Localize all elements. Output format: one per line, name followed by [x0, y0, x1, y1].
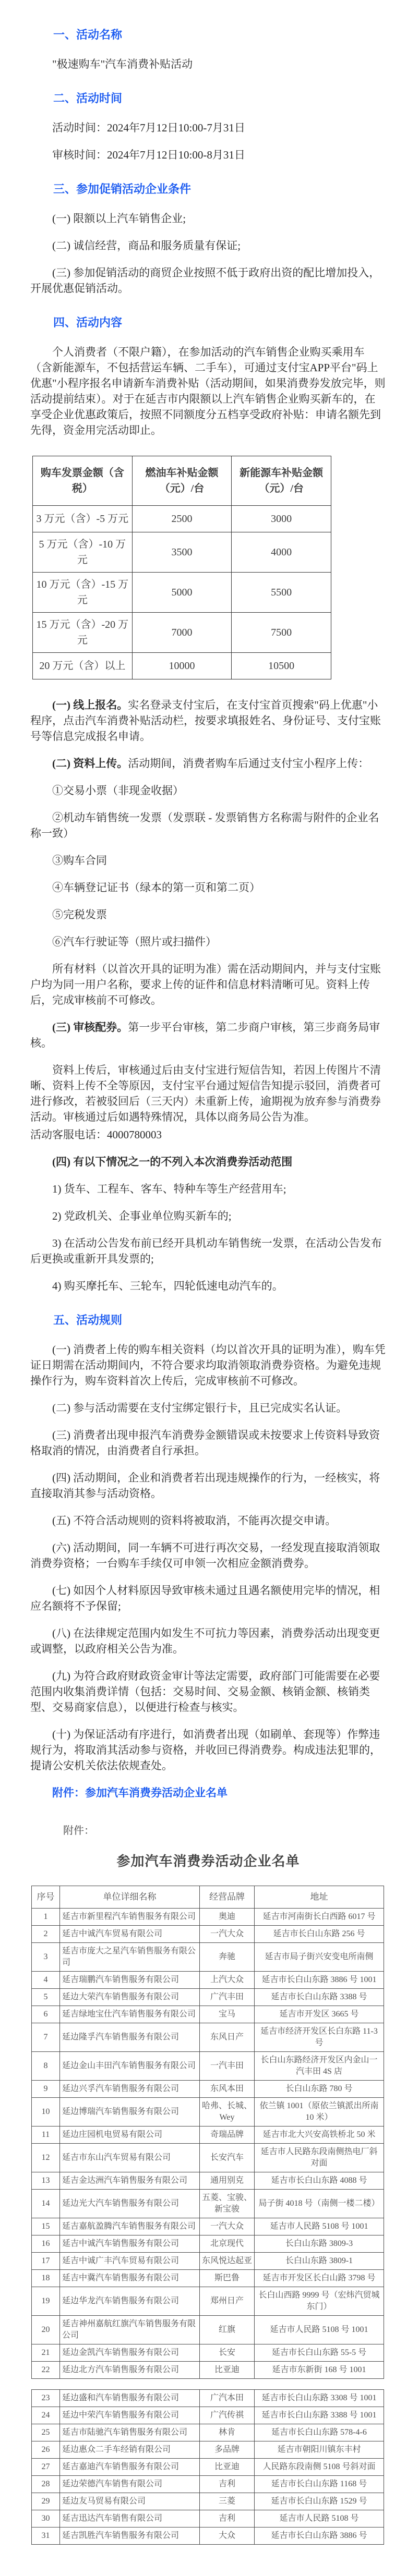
activity-rule-item: (七) 如因个人材料原因导致审核未通过且遇名额使用完毕的情况，相应名额将不予保留…	[30, 1583, 386, 1614]
enterprise-cell-serial: 20	[32, 2316, 60, 2344]
subsidy-amount-table: 购车发票金额（含税） 燃油车补贴金额（元）/台 新能源车补贴金额（元）/台 3 …	[32, 456, 331, 679]
enterprise-cell-serial: 21	[32, 2344, 60, 2362]
enterprise-cell-brand: 多品牌	[200, 2441, 255, 2459]
enterprise-cell-serial: 8	[32, 2052, 60, 2081]
condition-item: (二) 诚信经营，商品和服务质量有保证;	[30, 238, 386, 253]
enterprise-cell-serial: 24	[32, 2407, 60, 2424]
enterprise-cell-brand: 奥迪	[200, 1909, 255, 1926]
enterprise-cell-address: 延吉市长白山东路 4088 号	[255, 2172, 384, 2190]
enterprise-row: 18 延吉中冀汽车销售服务有限公司 斯巴鲁 延吉市开发区长白山路 3798 号	[32, 2270, 384, 2287]
enterprise-row: 25 延吉市陆驰汽车销售服务有限公司 林肯 延吉市长白山东路 578-4-6	[32, 2424, 384, 2441]
enterprise-cell-brand: 东风日产	[200, 2023, 255, 2052]
subsidy-cell-range: 3 万元（含）-5 万元	[33, 506, 133, 532]
subsidy-cell-nev: 10500	[232, 653, 331, 679]
enterprise-cell-company: 延吉嘉航盈腾汽车销售服务有限公司	[60, 2218, 200, 2235]
enterprise-cell-serial: 15	[32, 2218, 60, 2235]
enterprise-cell-serial: 16	[32, 2235, 60, 2253]
enterprise-cell-address: 延吉市长白山东路 1529 号	[255, 2493, 384, 2510]
enterprise-cell-brand: 比亚迪	[200, 2459, 255, 2476]
subsidy-row: 20 万元（含）以上 10000 10500	[33, 653, 331, 679]
enterprise-cell-serial: 17	[32, 2253, 60, 2270]
enterprise-row: 5 延边大荣汽车销售服务有限公司 广汽丰田 延吉市长白山东路 3388 号	[32, 1989, 384, 2006]
enterprise-row: 19 延边华龙汽车销售服务有限公司 郑州日产 长白山西路 9999 号（宏炜汽贸…	[32, 2287, 384, 2316]
enterprise-row: 27 延吉嘉迪汽车销售服务有限公司 比亚迪 人民路东段南侧 5108 号斜对面	[32, 2459, 384, 2476]
enterprise-cell-company: 延边大荣汽车销售服务有限公司	[60, 1989, 200, 2006]
enterprise-row: 3 延吉市庞大之星汽车销售服务有限公司 奔驰 延吉市局子街兴安变电所南侧	[32, 1943, 384, 1972]
enterprise-cell-address: 延吉市长白山东路 3886 号	[255, 2528, 384, 2545]
enterprise-cell-serial: 28	[32, 2476, 60, 2493]
enterprise-cell-company: 延吉瑞鹏汽车销售服务有限公司	[60, 1972, 200, 1989]
step-review-voucher: (三) 审核配券。第一步平台审核，第二步商户审核，第三步商务局审核。	[30, 1019, 386, 1051]
enterprise-row: 20 延吉神州嘉航红旗汽车销售服务有限公司 红旗 延吉市人民路 5108 号 1…	[32, 2316, 384, 2344]
enterprise-cell-serial: 10	[32, 2098, 60, 2127]
subsidy-cell-range: 5 万元（含）-10 万元	[33, 532, 133, 573]
enterprise-cell-brand: 广汽丰田	[200, 1989, 255, 2006]
upload-material-list: ①交易小票（非现金收据） ②机动车销售统一发票（发票联 - 发票销售方名称需与附…	[30, 783, 386, 950]
enterprise-cell-brand: 广汽本田	[200, 2390, 255, 2407]
enterprise-cell-serial: 22	[32, 2362, 60, 2379]
step-online-signup: (一) 线上报名。实名登录支付宝后，在支付宝首页搜索"码上优惠"小程序，点击汽车…	[30, 697, 386, 744]
subsidy-col-fuel-subsidy: 燃油车补贴金额（元）/台	[132, 456, 232, 506]
enterprise-cell-brand: 一汽丰田	[200, 2052, 255, 2081]
excluded-scope-title: (四) 有以下情况之一的不列入本次消费券活动范围	[30, 1154, 386, 1170]
enterprise-row: 30 延吉迅达汽车销售有限公司 吉利 延吉市人民路 5108 号	[32, 2510, 384, 2528]
upload-material-item: ⑥汽车行驶证等（照片或扫描件）	[30, 934, 386, 950]
enterprise-cell-company: 延边友马贸易有限公司	[60, 2493, 200, 2510]
enterprise-row: 23 延边盛和汽车销售服务有限公司 广汽本田 延吉市长白山东路 3308 号 1…	[32, 2390, 384, 2407]
enterprise-row: 22 延边北方汽车销售服务有限公司 比亚迪 延吉市东新街 168 号 1001	[32, 2362, 384, 2379]
step-material-upload-lead: (二) 资料上传。	[52, 757, 128, 770]
materials-note: 所有材料（以首次开具的证明为准）需在活动期间内，并与支付宝账户均为同一用户名称，…	[30, 961, 386, 1008]
enterprise-cell-company: 延吉市庞大之星汽车销售服务有限公司	[60, 1943, 200, 1972]
enterprise-cell-serial: 4	[32, 1972, 60, 1989]
enterprise-cell-brand: 通用别克	[200, 2172, 255, 2190]
activity-name-text: "极速购车"汽车消费补贴活动	[30, 56, 386, 72]
section-heading-activity-time: 二、活动时间	[30, 91, 386, 106]
enterprise-list-table-continued: 23 延边盛和汽车销售服务有限公司 广汽本田 延吉市长白山东路 3308 号 1…	[31, 2389, 384, 2545]
enterprise-cell-company: 延吉中诚汽车销售服务有限公司	[60, 2235, 200, 2253]
enterprise-cell-address: 延吉市长白山东路 1168 号	[255, 2476, 384, 2493]
enterprise-cell-serial: 25	[32, 2424, 60, 2441]
enterprise-row: 4 延吉瑞鹏汽车销售服务有限公司 上汽大众 延吉市长白山东路 3886 号 10…	[32, 1972, 384, 1989]
enterprise-cell-company: 延边中荣汽车销售服务有限公司	[60, 2407, 200, 2424]
enterprise-row: 10 延边博瑞汽车销售服务有限公司 哈弗、长城、Wey 依兰镇 1001（原依兰…	[32, 2098, 384, 2127]
enterprise-cell-company: 延边博瑞汽车销售服务有限公司	[60, 2098, 200, 2127]
subsidy-cell-fuel: 10000	[132, 653, 232, 679]
enterprise-cell-address: 延吉市北大兴安高铁桥北 50 米	[255, 2127, 384, 2144]
enterprise-col-address: 地址	[255, 1886, 384, 1909]
upload-material-item: ②机动车销售统一发票（发票联 - 发票销售方名称需与附件的企业名称一致）	[30, 810, 386, 841]
enterprise-cell-company: 延边隆孚汽车销售服务有限公司	[60, 2023, 200, 2052]
enterprise-cell-serial: 29	[32, 2493, 60, 2510]
attachment-image: 附件： 参加汽车消费券活动企业名单 序号 单位详细名称 经营品牌 地址 1 延吉…	[31, 1822, 385, 2545]
enterprise-cell-brand: 东风悦达起亚	[200, 2253, 255, 2270]
enterprise-cell-brand: 比亚迪	[200, 2362, 255, 2379]
enterprise-row: 7 延边隆孚汽车销售服务有限公司 东风日产 延吉市经济开发区长白东路 11-3 …	[32, 2023, 384, 2052]
enterprise-cell-company: 延边荣德汽车销售有限公司	[60, 2476, 200, 2493]
enterprise-row: 14 延边光大汽车销售服务有限公司 五菱、宝骏、新宝骏 局子街 4018 号（南…	[32, 2190, 384, 2218]
upload-material-item: ⑤完税发票	[30, 907, 386, 922]
enterprise-cell-address: 长白山东路 3809-1	[255, 2253, 384, 2270]
enterprise-cell-serial: 23	[32, 2390, 60, 2407]
enterprise-cell-company: 延吉中诚广丰汽车贸易有限公司	[60, 2253, 200, 2270]
enterprise-row: 17 延吉中诚广丰汽车贸易有限公司 东风悦达起亚 长白山东路 3809-1	[32, 2253, 384, 2270]
enterprise-header-row: 序号 单位详细名称 经营品牌 地址	[32, 1886, 384, 1909]
enterprise-cell-serial: 1	[32, 1909, 60, 1926]
activity-rule-item: (三) 消费者出现申报汽车消费券金额错误或未按要求上传资料导致资格取消的情况，由…	[30, 1427, 386, 1459]
review-note: 资料上传后，审核通过后由支付宝进行短信告知，若因上传图片不清晰、资料上传不全等原…	[30, 1062, 386, 1125]
section-heading-enterprise-conditions: 三、参加促销活动企业条件	[30, 181, 386, 197]
enterprise-cell-serial: 7	[32, 2023, 60, 2052]
enterprise-cell-brand: 五菱、宝骏、新宝骏	[200, 2190, 255, 2218]
enterprise-cell-address: 长白山东路 780 号	[255, 2081, 384, 2098]
enterprise-cell-company: 延边北方汽车销售服务有限公司	[60, 2362, 200, 2379]
enterprise-col-brand: 经营品牌	[200, 1886, 255, 1909]
upload-material-item: ④车辆登记证书（绿本的第一页和第二页）	[30, 880, 386, 895]
activity-time-text: 活动时间：2024年7月12日10:00-7月31日	[30, 120, 386, 136]
section-heading-activity-name: 一、活动名称	[30, 27, 386, 43]
enterprise-cell-brand: 林肯	[200, 2424, 255, 2441]
enterprise-cell-address: 长白山东路经济开发区内金山一汽丰田 4S 店	[255, 2052, 384, 2081]
enterprise-cell-address: 延吉市人民路 5108 号	[255, 2510, 384, 2528]
enterprise-row: 31 延吉凯胜汽车销售服务有限公司 大众 延吉市长白山东路 3886 号	[32, 2528, 384, 2545]
enterprise-cell-brand: 大众	[200, 2528, 255, 2545]
enterprise-row: 12 延吉市东山汽车贸易有限公司 长安汽车 延吉市人民路东段南侧热电厂斜对面	[32, 2144, 384, 2172]
enterprise-cell-serial: 14	[32, 2190, 60, 2218]
activity-rule-item: (八) 在法律规定范围内如发生不可抗力等因素，消费券活动出现变更或调整，以政府相…	[30, 1625, 386, 1657]
enterprise-row: 11 延边庄园机电贸易有限公司 奇瑞品牌 延吉市北大兴安高铁桥北 50 米	[32, 2127, 384, 2144]
enterprise-cell-serial: 19	[32, 2287, 60, 2316]
step-review-voucher-lead: (三) 审核配券。	[52, 1021, 128, 1034]
enterprise-cell-brand: 上汽大众	[200, 1972, 255, 1989]
enterprise-conditions-list: (一) 限额以上汽车销售企业; (二) 诚信经营，商品和服务质量有保证; (三)…	[30, 211, 386, 296]
enterprise-cell-brand: 吉利	[200, 2510, 255, 2528]
upload-material-item: ③购车合同	[30, 853, 386, 868]
enterprise-cell-brand: 奔驰	[200, 1943, 255, 1972]
enterprise-cell-address: 延吉市局子街兴安变电所南侧	[255, 1943, 384, 1972]
enterprise-cell-company: 延吉凯胜汽车销售服务有限公司	[60, 2528, 200, 2545]
excluded-scope-item: 4) 购买摩托车、三轮车，四轮低速电动汽车的。	[30, 1278, 386, 1294]
enterprise-cell-company: 延吉市新里程汽车销售服务有限公司	[60, 1909, 200, 1926]
step-material-upload: (二) 资料上传。活动期间，消费者购车后通过支付宝小程序上传：	[30, 756, 386, 771]
enterprise-list-table: 序号 单位详细名称 经营品牌 地址 1 延吉市新里程汽车销售服务有限公司 奥迪 …	[31, 1886, 384, 2379]
enterprise-row: 6 延吉绿地宝仕汽车销售服务有限公司 宝马 延吉市开发区 3665 号	[32, 2006, 384, 2023]
enterprise-cell-company: 延吉中冀汽车销售服务有限公司	[60, 2270, 200, 2287]
enterprise-cell-company: 延边华龙汽车销售服务有限公司	[60, 2287, 200, 2316]
section-heading-activity-content: 四、活动内容	[30, 315, 386, 331]
enterprise-cell-company: 延吉绿地宝仕汽车销售服务有限公司	[60, 2006, 200, 2023]
activity-rule-item: (六) 活动期间，同一车辆不可进行再次交易，一经发现直接取消领取消费券资格；一台…	[30, 1540, 386, 1571]
condition-item: (三) 参加促销活动的商贸企业按照不低于政府出资的配比增加投入，开展优惠促销活动…	[30, 265, 386, 296]
enterprise-cell-brand: 东风本田	[200, 2081, 255, 2098]
subsidy-cell-nev: 5500	[232, 573, 331, 613]
enterprise-cell-serial: 31	[32, 2528, 60, 2545]
enterprise-cell-address: 延吉市长白山东路 578-4-6	[255, 2424, 384, 2441]
enterprise-cell-address: 人民路东段南侧 5108 号斜对面	[255, 2459, 384, 2476]
enterprise-cell-serial: 3	[32, 1943, 60, 1972]
activity-rule-item: (四) 活动期间，企业和消费者若出现违规操作的行为，一经核实，将直接取消其参与活…	[30, 1470, 386, 1501]
subsidy-cell-fuel: 7000	[132, 613, 232, 653]
activity-rule-item: (五) 不符合活动规则的资料将被取消，不能再次提交申请。	[30, 1513, 386, 1528]
enterprise-cell-address: 延吉市人民路东段南侧热电厂斜对面	[255, 2144, 384, 2172]
attachment-link[interactable]: 附件：参加汽车消费券活动企业名单	[30, 1785, 386, 1801]
enterprise-row: 24 延边中荣汽车销售服务有限公司 广汽传祺 延吉市长白山东路 3388 号 1…	[32, 2407, 384, 2424]
enterprise-cell-address: 长白山东路 3809-3	[255, 2235, 384, 2253]
section-heading-activity-rules: 五、活动规则	[30, 1313, 386, 1328]
enterprise-cell-serial: 18	[32, 2270, 60, 2287]
enterprise-col-company: 单位详细名称	[60, 1886, 200, 1909]
enterprise-row: 29 延边友马贸易有限公司 三菱 延吉市长白山东路 1529 号	[32, 2493, 384, 2510]
enterprise-cell-address: 延吉市长白山东路 256 号	[255, 1926, 384, 1943]
attachment-link-text[interactable]: 附件：参加汽车消费券活动企业名单	[52, 1787, 228, 1799]
excluded-scope-item: 2) 党政机关、企事业单位购买新车的;	[30, 1208, 386, 1224]
activity-rule-item: (九) 为符合政府财政资金审计等法定需要，政府部门可能需要在必要范围内收集消费详…	[30, 1668, 386, 1715]
subsidy-row: 15 万元（含）-20 万元 7000 7500	[33, 613, 331, 653]
enterprise-cell-brand: 奇瑞品牌	[200, 2127, 255, 2144]
subsidy-row: 3 万元（含）-5 万元 2500 3000	[33, 506, 331, 532]
enterprise-cell-brand: 吉利	[200, 2476, 255, 2493]
enterprise-cell-company: 延边兴孚汽车销售服务有限公司	[60, 2081, 200, 2098]
enterprise-cell-brand: 郑州日产	[200, 2287, 255, 2316]
service-hotline: 活动客服电话：4000780003	[30, 1127, 386, 1143]
activity-content-intro: 个人消费者（不限户籍），在参加活动的汽车销售企业购买乘用车（含新能源车，不包括营…	[30, 344, 386, 438]
subsidy-header-row: 购车发票金额（含税） 燃油车补贴金额（元）/台 新能源车补贴金额（元）/台	[33, 456, 331, 506]
subsidy-cell-nev: 4000	[232, 532, 331, 573]
enterprise-cell-address: 延吉市河南街长白西路 6017 号	[255, 1909, 384, 1926]
enterprise-cell-address: 延吉市开发区长白山路 3798 号	[255, 2270, 384, 2287]
attachment-title: 参加汽车消费券活动企业名单	[31, 1851, 385, 1870]
enterprise-cell-address: 延吉市长白山东路 3388 号	[255, 1989, 384, 2006]
enterprise-cell-serial: 6	[32, 2006, 60, 2023]
enterprise-cell-serial: 26	[32, 2441, 60, 2459]
attachment-label: 附件：	[63, 1822, 385, 1837]
subsidy-cell-range: 10 万元（含）-15 万元	[33, 573, 133, 613]
enterprise-cell-address: 延吉市长白山东路 3308 号 1001	[255, 2390, 384, 2407]
enterprise-cell-serial: 27	[32, 2459, 60, 2476]
review-time-text: 审核时间：2024年7月12日10:00-8月31日	[30, 147, 386, 163]
excluded-scope-item: 3) 在活动公告发布前已经开具机动车销售统一发票，在活动公告发布后更换或重新开具…	[30, 1235, 386, 1267]
subsidy-cell-fuel: 2500	[132, 506, 232, 532]
enterprise-cell-address: 延吉市长白山东路 3886 号 1001	[255, 1972, 384, 1989]
enterprise-cell-brand: 北京现代	[200, 2235, 255, 2253]
enterprise-cell-address: 延吉市朝阳川镇东丰村	[255, 2441, 384, 2459]
enterprise-row: 16 延吉中诚汽车销售服务有限公司 北京现代 长白山东路 3809-3	[32, 2235, 384, 2253]
enterprise-cell-brand: 长安汽车	[200, 2144, 255, 2172]
enterprise-cell-brand: 一汽大众	[200, 1926, 255, 1943]
enterprise-cell-company: 延边庄园机电贸易有限公司	[60, 2127, 200, 2144]
subsidy-row: 10 万元（含）-15 万元 5000 5500	[33, 573, 331, 613]
enterprise-cell-address: 延吉市东新街 168 号 1001	[255, 2362, 384, 2379]
enterprise-cell-brand: 长安	[200, 2344, 255, 2362]
enterprise-cell-company: 延吉金达洲汽车销售服务有限公司	[60, 2172, 200, 2190]
enterprise-cell-address: 延吉市长白山东路 3388 号 1001	[255, 2407, 384, 2424]
enterprise-row: 9 延边兴孚汽车销售服务有限公司 东风本田 长白山东路 780 号	[32, 2081, 384, 2098]
enterprise-cell-serial: 30	[32, 2510, 60, 2528]
enterprise-cell-serial: 13	[32, 2172, 60, 2190]
enterprise-cell-brand: 广汽传祺	[200, 2407, 255, 2424]
subsidy-col-invoice-amount: 购车发票金额（含税）	[33, 456, 133, 506]
step-online-signup-lead: (一) 线上报名。	[52, 699, 128, 711]
enterprise-cell-serial: 5	[32, 1989, 60, 2006]
enterprise-cell-address: 局子街 4018 号（南侧一楼二楼）	[255, 2190, 384, 2218]
enterprise-cell-company: 延吉迅达汽车销售有限公司	[60, 2510, 200, 2528]
enterprise-cell-company: 延吉神州嘉航红旗汽车销售服务有限公司	[60, 2316, 200, 2344]
activity-rule-item: (二) 参与活动需要在支付宝绑定银行卡，且已完成实名认证。	[30, 1400, 386, 1416]
enterprise-cell-company: 延边惠众二手车经销有限公司	[60, 2441, 200, 2459]
activity-rule-item: (十) 为保证活动有序进行，如消费者出现（如刷单、套现等）作弊违规行为，将取消其…	[30, 1727, 386, 1773]
enterprise-cell-company: 延吉嘉迪汽车销售服务有限公司	[60, 2459, 200, 2476]
enterprise-cell-address: 延吉市人民路 5108 号 1001	[255, 2316, 384, 2344]
subsidy-cell-fuel: 3500	[132, 532, 232, 573]
enterprise-cell-address: 延吉市经济开发区长白东路 11-3 号	[255, 2023, 384, 2052]
enterprise-cell-brand: 一汽大众	[200, 2218, 255, 2235]
enterprise-cell-company: 延边金凯汽车销售服务有限公司	[60, 2344, 200, 2362]
enterprise-cell-address: 延吉市长白山东路 55-5 号	[255, 2344, 384, 2362]
enterprise-cell-serial: 9	[32, 2081, 60, 2098]
upload-material-item: ①交易小票（非现金收据）	[30, 783, 386, 798]
enterprise-cell-address: 延吉市开发区 3665 号	[255, 2006, 384, 2023]
enterprise-cell-brand: 宝马	[200, 2006, 255, 2023]
enterprise-cell-address: 依兰镇 1001（原依兰镇派出所南 10 米）	[255, 2098, 384, 2127]
activity-rules-list: (一) 消费者上传的购车相关资料（均以首次开具的证明为准），购车凭证日期需在活动…	[30, 1342, 386, 1773]
enterprise-cell-company: 延吉市东山汽车贸易有限公司	[60, 2144, 200, 2172]
enterprise-row: 15 延吉嘉航盈腾汽车销售服务有限公司 一汽大众 延吉市人民路 5108 号 1…	[32, 2218, 384, 2235]
enterprise-cell-company: 延边金山丰田汽车销售服务有限公司	[60, 2052, 200, 2081]
enterprise-row: 28 延边荣德汽车销售有限公司 吉利 延吉市长白山东路 1168 号	[32, 2476, 384, 2493]
subsidy-cell-range: 15 万元（含）-20 万元	[33, 613, 133, 653]
enterprise-cell-company: 延边盛和汽车销售服务有限公司	[60, 2390, 200, 2407]
activity-rule-item: (一) 消费者上传的购车相关资料（均以首次开具的证明为准），购车凭证日期需在活动…	[30, 1342, 386, 1389]
enterprise-cell-company: 延吉市陆驰汽车销售服务有限公司	[60, 2424, 200, 2441]
enterprise-cell-company: 延吉中诚汽车贸易有限公司	[60, 1926, 200, 1943]
subsidy-cell-nev: 7500	[232, 613, 331, 653]
enterprise-cell-brand: 斯巴鲁	[200, 2270, 255, 2287]
enterprise-cell-brand: 三菱	[200, 2493, 255, 2510]
subsidy-cell-nev: 3000	[232, 506, 331, 532]
table-page-break-gap	[31, 2379, 385, 2389]
subsidy-cell-fuel: 5000	[132, 573, 232, 613]
condition-item: (一) 限额以上汽车销售企业;	[30, 211, 386, 226]
enterprise-cell-serial: 12	[32, 2144, 60, 2172]
enterprise-row: 2 延吉中诚汽车贸易有限公司 一汽大众 延吉市长白山东路 256 号	[32, 1926, 384, 1943]
enterprise-cell-brand: 哈弗、长城、Wey	[200, 2098, 255, 2127]
subsidy-col-nev-subsidy: 新能源车补贴金额（元）/台	[232, 456, 331, 506]
subsidy-cell-range: 20 万元（含）以上	[33, 653, 133, 679]
enterprise-col-serial: 序号	[32, 1886, 60, 1909]
enterprise-cell-company: 延边光大汽车销售服务有限公司	[60, 2190, 200, 2218]
enterprise-cell-serial: 2	[32, 1926, 60, 1943]
enterprise-cell-address: 延吉市人民路 5108 号 1001	[255, 2218, 384, 2235]
enterprise-cell-serial: 11	[32, 2127, 60, 2144]
enterprise-cell-address: 长白山西路 9999 号（宏炜汽贸城东门）	[255, 2287, 384, 2316]
enterprise-row: 13 延吉金达洲汽车销售服务有限公司 通用别克 延吉市长白山东路 4088 号	[32, 2172, 384, 2190]
enterprise-row: 1 延吉市新里程汽车销售服务有限公司 奥迪 延吉市河南街长白西路 6017 号	[32, 1909, 384, 1926]
excluded-scope-list: 1) 货车、工程车、客车、特种车等生产经营用车; 2) 党政机关、企事业单位购买…	[30, 1181, 386, 1294]
enterprise-row: 8 延边金山丰田汽车销售服务有限公司 一汽丰田 长白山东路经济开发区内金山一汽丰…	[32, 2052, 384, 2081]
enterprise-row: 26 延边惠众二手车经销有限公司 多品牌 延吉市朝阳川镇东丰村	[32, 2441, 384, 2459]
subsidy-row: 5 万元（含）-10 万元 3500 4000	[33, 532, 331, 573]
excluded-scope-item: 1) 货车、工程车、客车、特种车等生产经营用车;	[30, 1181, 386, 1197]
enterprise-cell-brand: 红旗	[200, 2316, 255, 2344]
notice-page: 一、活动名称 "极速购车"汽车消费补贴活动 二、活动时间 活动时间：2024年7…	[0, 0, 407, 2576]
enterprise-row: 21 延边金凯汽车销售服务有限公司 长安 延吉市长白山东路 55-5 号	[32, 2344, 384, 2362]
step-material-upload-text: 活动期间，消费者购车后通过支付宝小程序上传：	[128, 757, 369, 770]
